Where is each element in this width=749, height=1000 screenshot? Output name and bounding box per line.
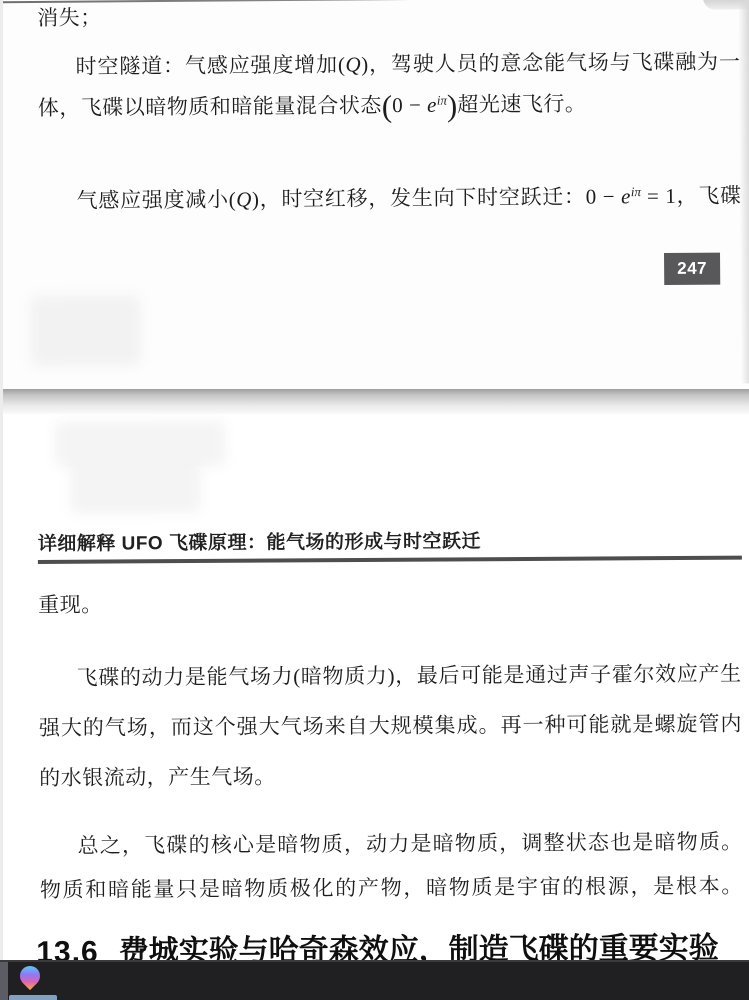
math-e: e: [621, 184, 631, 208]
page-1: 消失； 时空隧道：气感应强度增加(Q)，驾驶人员的意念能气场与飞碟融为一 体，飞…: [0, 0, 749, 389]
text-segment: ，飞碟: [676, 183, 741, 208]
math-variable: Q: [236, 187, 252, 211]
section-number: 13.6: [36, 936, 99, 960]
reader-viewport: 消失； 时空隧道：气感应强度增加(Q)，驾驶人员的意念能气场与飞碟融为一 体，飞…: [0, 0, 749, 1000]
text-line: 时空隧道：气感应强度增加(Q)，驾驶人员的意念能气场与飞碟融为一: [37, 46, 740, 82]
text-line: 总之，飞碟的核心是暗物质，动力是暗物质，调整状态也是暗物质。: [40, 827, 743, 861]
text-line: 气感应强度减小(Q)，时空红移，发生向下时空跃迁：0 − eiπ = 1，飞碟: [38, 180, 741, 216]
formula-lead: 0 −: [586, 184, 622, 208]
running-header: 详细解释 UFO 飞碟原理：能气场的形成与时空跃迁: [38, 528, 741, 558]
section-title: 费城实验与哈奇森效应，制造飞碟的重要实验: [119, 932, 719, 960]
scan-left-edge: [0, 0, 3, 960]
formula-equals: = 1: [641, 184, 677, 208]
text-segment: )，时空红移，发生向下时空跃迁：: [252, 185, 586, 212]
location-pin-icon: [16, 962, 44, 990]
page-2: 详细解释 UFO 飞碟原理：能气场的形成与时空跃迁 重现。 飞碟的动力是能气场力…: [0, 414, 749, 960]
text-segment: 时空隧道：气感应强度增加(: [75, 53, 345, 79]
text-segment: )，驾驶人员的意念能气场与飞碟融为一: [361, 49, 741, 76]
text-line: 体，飞碟以暗物质和暗能量混合状态(0 − eiπ)超光速飞行。: [38, 87, 741, 123]
reader-toolbar: [0, 960, 749, 1000]
page-number-badge: 247: [664, 253, 720, 285]
page-separator: [0, 389, 749, 414]
text-segment: 体，飞碟以暗物质和暗能量混合状态: [38, 93, 382, 120]
text-segment: 超光速飞行。: [457, 92, 586, 117]
text-segment: 气感应强度减小(: [76, 187, 236, 212]
paren-open: (: [382, 88, 393, 123]
ink-bleed-artifact: [70, 465, 200, 514]
ink-bleed-artifact: [55, 421, 225, 467]
ink-bleed-artifact: [30, 295, 141, 366]
text-line: 强大的气场，而这个强大气场来自大规模集成。再一种可能就是螺旋管内: [39, 709, 742, 743]
formula-superscript: iπ: [437, 93, 447, 108]
math-e: e: [427, 93, 437, 117]
toolbar-left-strip: [0, 962, 8, 1000]
text-line: 物质和暗能量只是暗物质极化的产物，暗物质是宇宙的根源，是根本。: [40, 871, 743, 905]
text-line: 的水银流动，产生气场。: [39, 759, 742, 793]
bottom-tab-handle[interactable]: [9, 995, 57, 1000]
text-line: 消失；: [37, 0, 740, 33]
section-heading: 13.6费城实验与哈奇森效应，制造飞碟的重要实验: [36, 931, 746, 960]
text-line: 飞碟的动力是能气场力(暗物质力)，最后可能是通过声子霍尔效应产生: [39, 659, 742, 693]
math-variable: Q: [345, 52, 361, 76]
assistant-pin-icon[interactable]: [15, 963, 47, 997]
formula-lead: 0 −: [392, 93, 427, 117]
text-line: 重现。: [38, 586, 741, 620]
